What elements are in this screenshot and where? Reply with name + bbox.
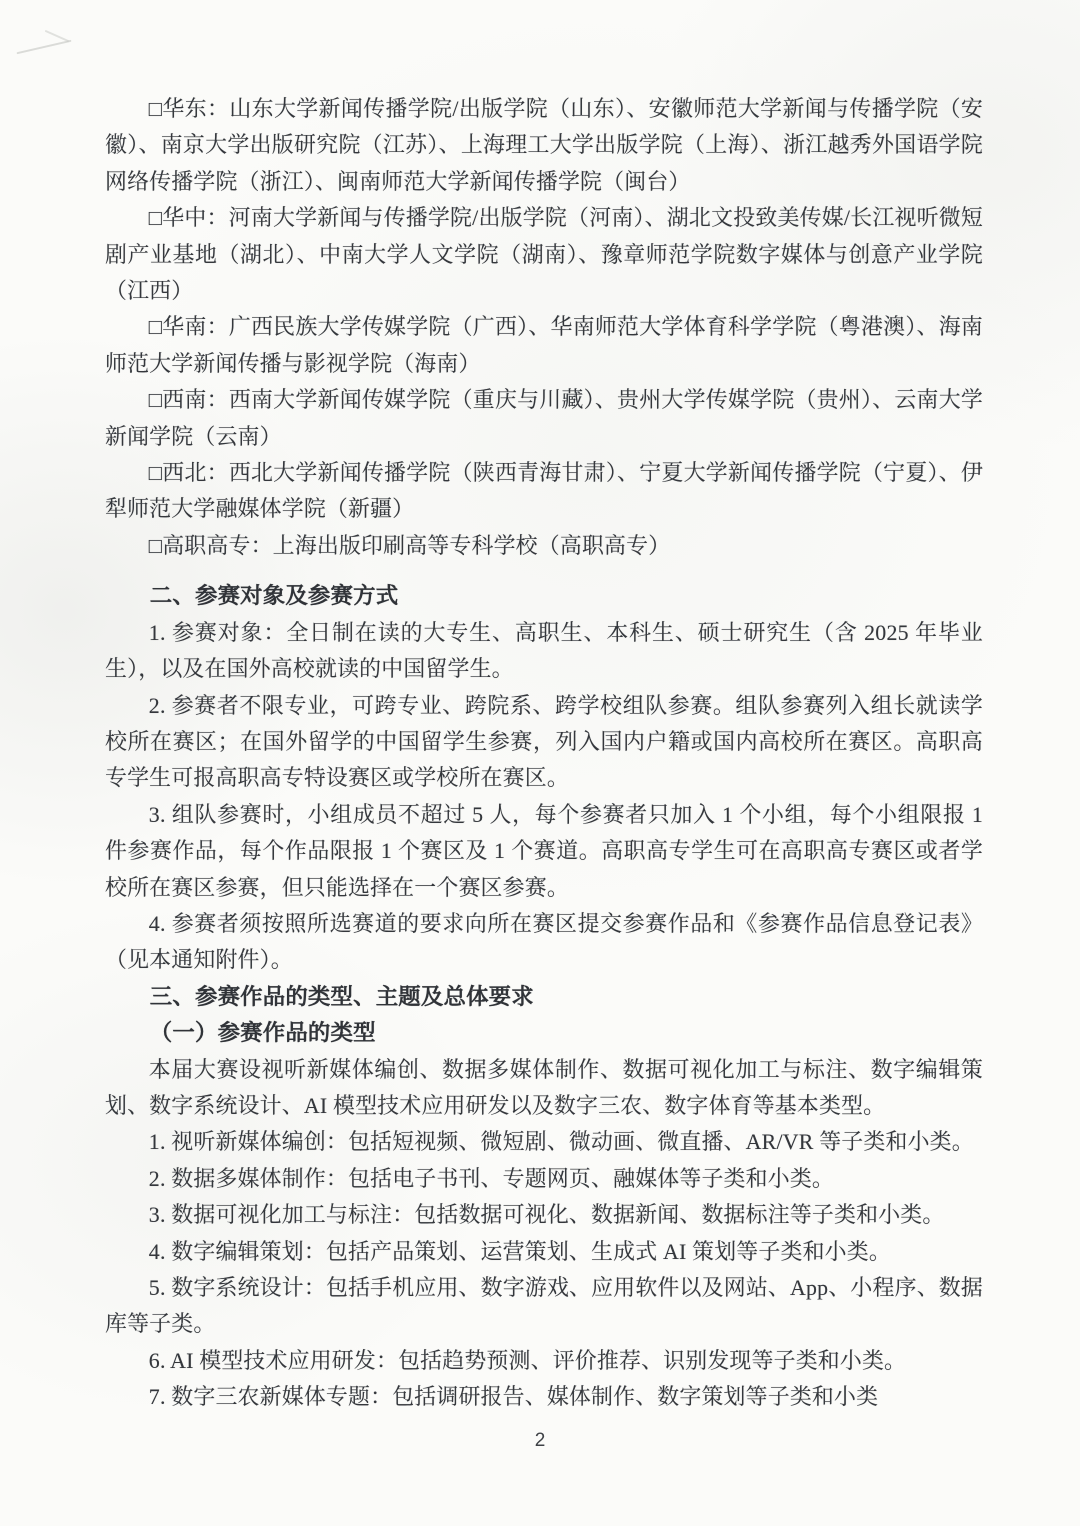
- region-item-xibei: □西北：西北大学新闻传播学院（陕西青海甘肃）、宁夏大学新闻传播学院（宁夏）、伊犁…: [105, 455, 983, 528]
- participation-rule-2: 2. 参赛者不限专业，可跨专业、跨院系、跨学校组队参赛。组队参赛列入组长就读学校…: [105, 688, 983, 797]
- participation-rule-3: 3. 组队参赛时，小组成员不超过 5 人，每个参赛者只加入 1 个小组，每个小组…: [105, 797, 983, 906]
- section-3-heading: 三、参赛作品的类型、主题及总体要求: [105, 979, 983, 1015]
- document-body: □华东：山东大学新闻传播学院/出版学院（山东）、安徽师范大学新闻与传播学院（安徽…: [105, 91, 983, 1416]
- region-item-huadong: □华东：山东大学新闻传播学院/出版学院（山东）、安徽师范大学新闻与传播学院（安徽…: [105, 91, 983, 200]
- work-type-item-1: 1. 视听新媒体编创：包括短视频、微短剧、微动画、微直播、AR/VR 等子类和小…: [105, 1124, 983, 1160]
- participation-rule-4: 4. 参赛者须按照所选赛道的要求向所在赛区提交参赛作品和《参赛作品信息登记表》（…: [105, 906, 983, 979]
- work-type-item-5: 5. 数字系统设计：包括手机应用、数字游戏、应用软件以及网站、App、小程序、数…: [105, 1270, 983, 1343]
- page-footer: 2: [0, 1430, 1080, 1452]
- work-type-item-3: 3. 数据可视化加工与标注：包括数据可视化、数据新闻、数据标注等子类和小类。: [105, 1197, 983, 1233]
- work-type-item-4: 4. 数字编辑策划：包括产品策划、运营策划、生成式 AI 策划等子类和小类。: [105, 1234, 983, 1270]
- region-item-huazhong: □华中：河南大学新闻与传播学院/出版学院（河南）、湖北文投致美传媒/长江视听微短…: [105, 200, 983, 309]
- region-item-xinan: □西南：西南大学新闻传媒学院（重庆与川藏）、贵州大学传媒学院（贵州）、云南大学新…: [105, 382, 983, 455]
- subsection-1-heading: （一）参赛作品的类型: [105, 1015, 983, 1051]
- work-type-item-2: 2. 数据多媒体制作：包括电子书刊、专题网页、融媒体等子类和小类。: [105, 1161, 983, 1197]
- work-types-intro: 本届大赛设视听新媒体编创、数据多媒体制作、数据可视化加工与标注、数字编辑策划、数…: [105, 1052, 983, 1125]
- section-2-heading: 二、参赛对象及参赛方式: [105, 578, 983, 614]
- participation-rule-1: 1. 参赛对象：全日制在读的大专生、高职生、本科生、硕士研究生（含 2025 年…: [105, 615, 983, 688]
- scan-scratch-mark: [14, 32, 84, 62]
- work-type-item-7: 7. 数字三农新媒体专题：包括调研报告、媒体制作、数字策划等子类和小类: [105, 1379, 983, 1415]
- region-item-gaozhigaozhuan: □高职高专：上海出版印刷高等专科学校（高职高专）: [105, 528, 983, 564]
- work-type-item-6: 6. AI 模型技术应用研发：包括趋势预测、评价推荐、识别发现等子类和小类。: [105, 1343, 983, 1379]
- region-item-huanan: □华南：广西民族大学传媒学院（广西）、华南师范大学体育科学学院（粤港澳）、海南师…: [105, 309, 983, 382]
- page-number: 2: [535, 1430, 546, 1451]
- document-page: □华东：山东大学新闻传播学院/出版学院（山东）、安徽师范大学新闻与传播学院（安徽…: [0, 0, 1080, 1526]
